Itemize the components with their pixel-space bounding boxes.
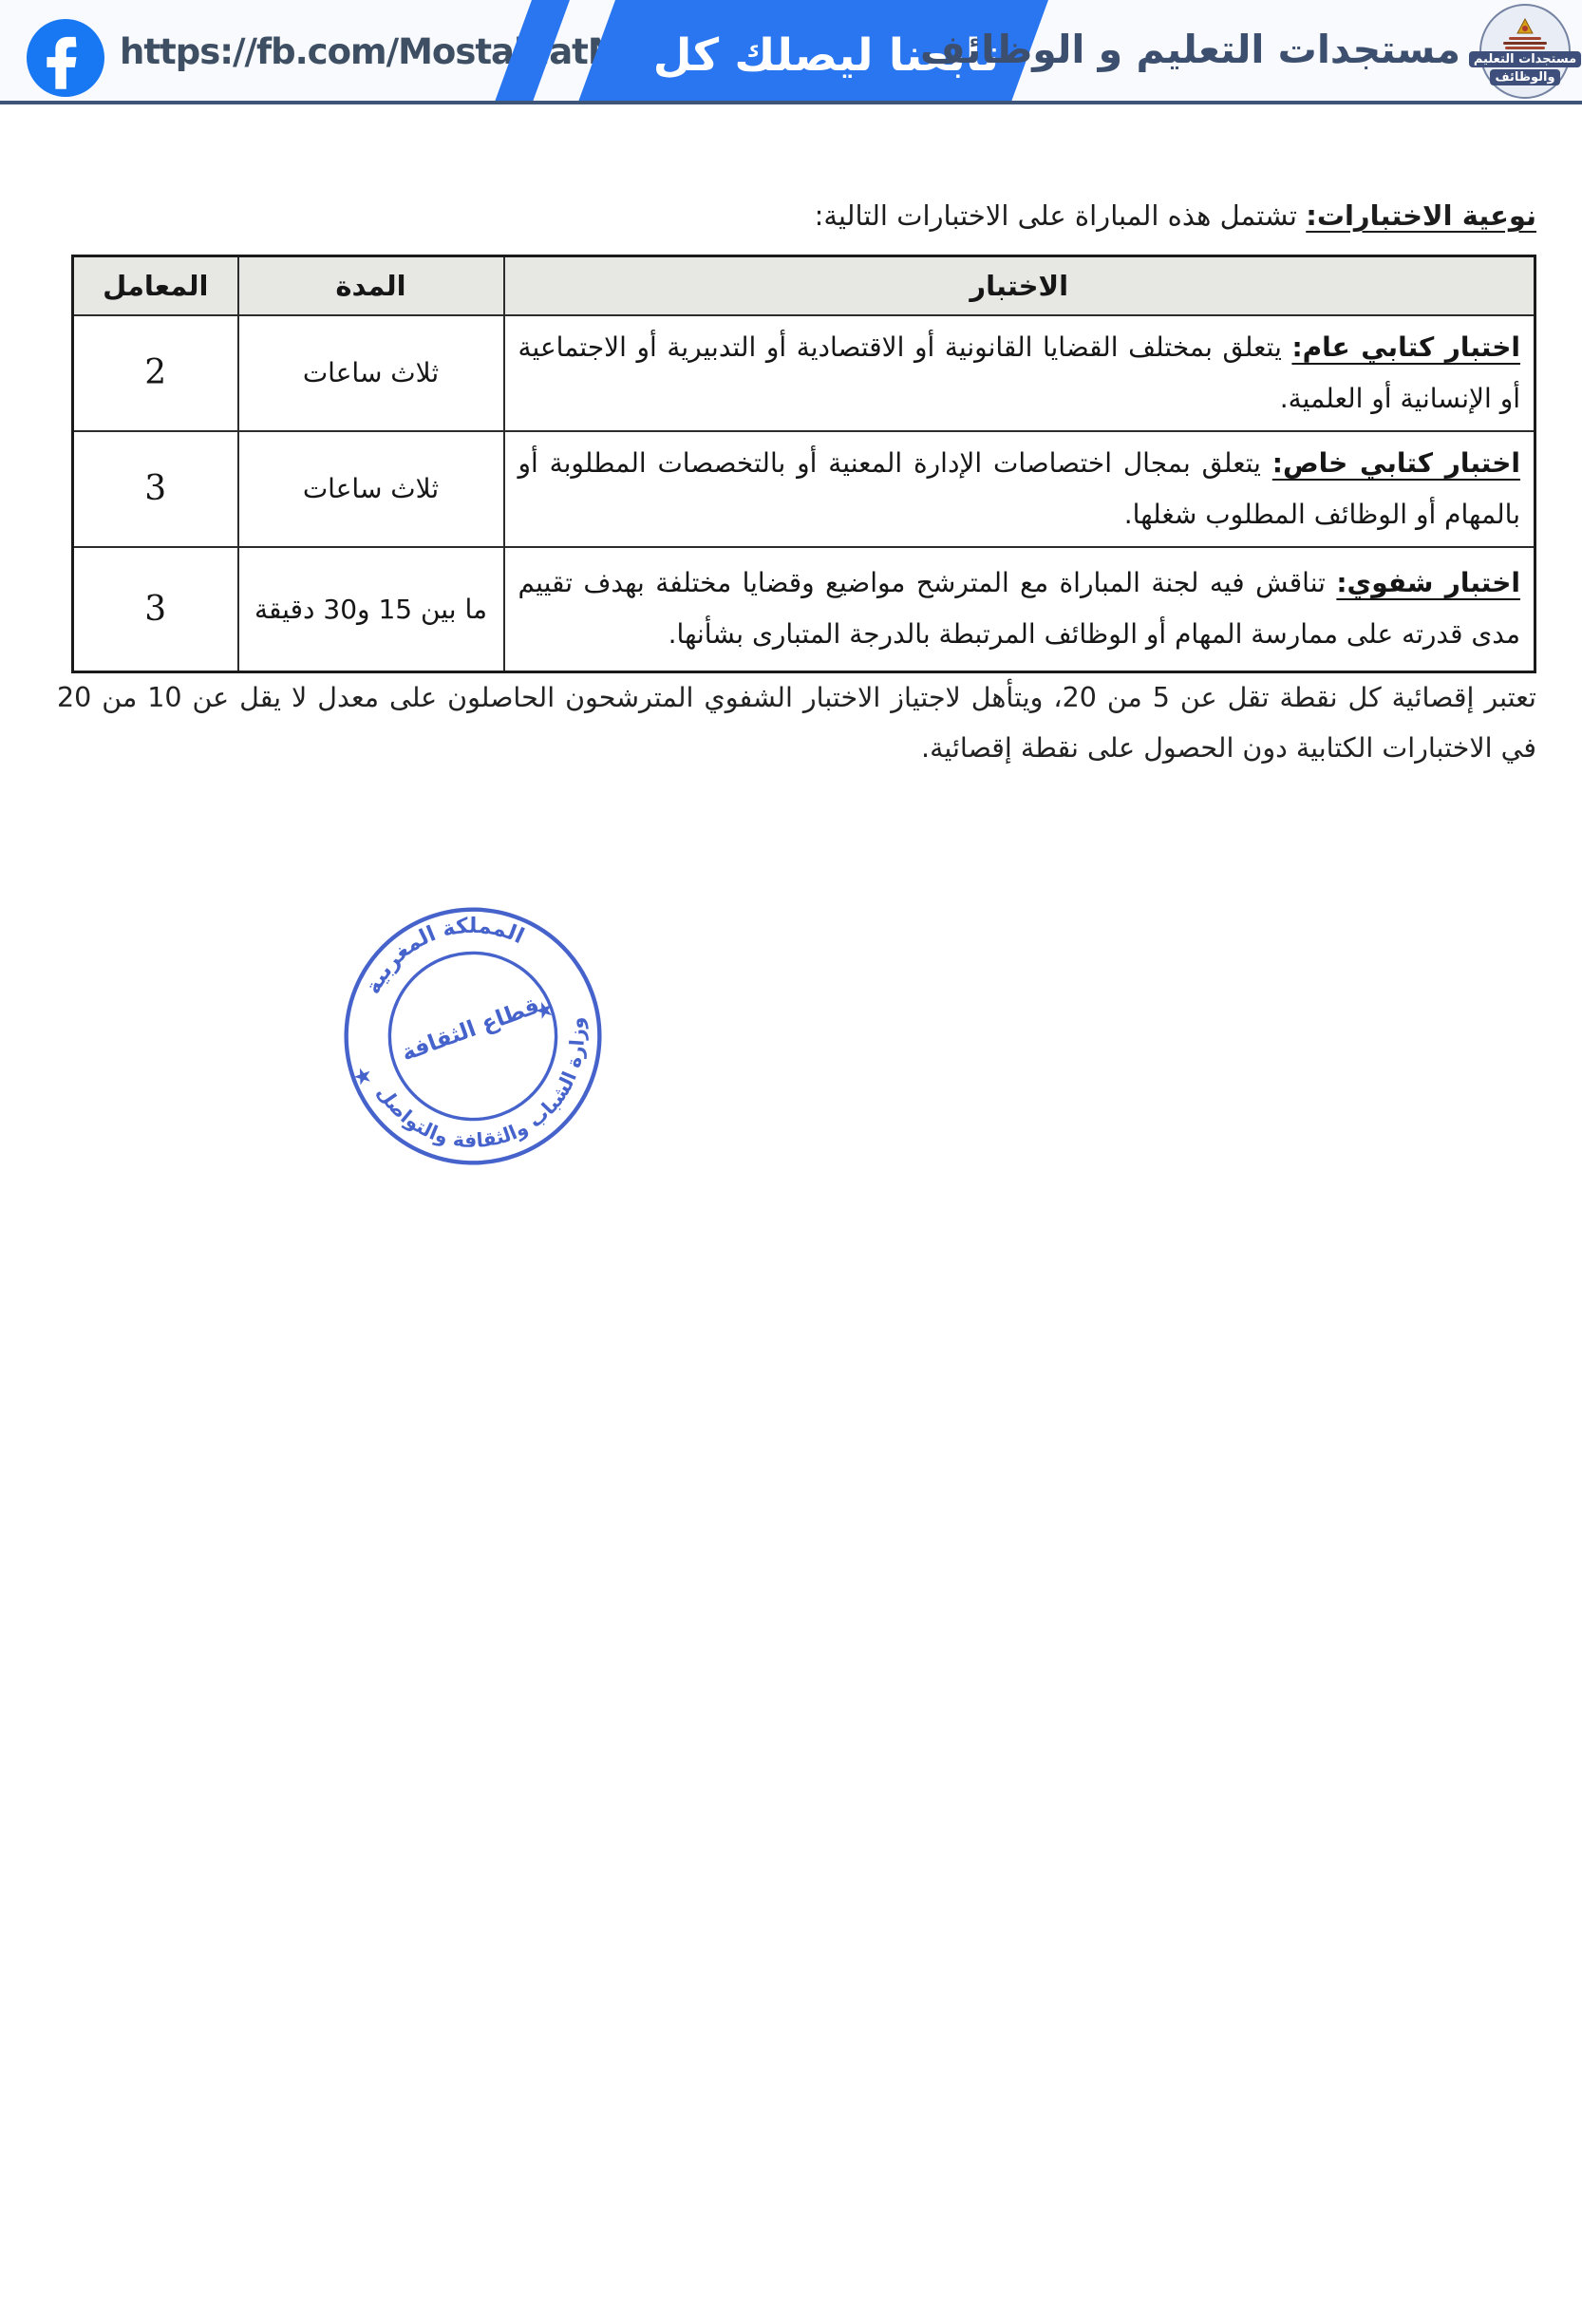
- duration-cell: ما بين 15 و30 دقيقة: [238, 547, 504, 672]
- eliminatory-note: تعتبر إقصائية كل نقطة تقل عن 5 من 20، وي…: [57, 672, 1536, 773]
- stamp-center-text: قطاع الثقافة: [398, 992, 543, 1066]
- logo-microtext-line: [1503, 42, 1547, 45]
- official-stamp: المملكة المغربية وزارة الشباب والثقافة و…: [295, 859, 650, 1214]
- table-row: اختبار كتابي عام: يتعلق بمختلف القضايا ا…: [73, 315, 1535, 431]
- table-row: اختبار كتابي خاص: يتعلق بمجال اختصاصات ا…: [73, 431, 1535, 547]
- exams-table: الاختبار المدة المعامل اختبار كتابي عام:…: [71, 255, 1536, 673]
- table-header-row: الاختبار المدة المعامل: [73, 256, 1535, 315]
- stamp-top-text: المملكة المغربية: [348, 891, 534, 1004]
- page-title: مستجدات التعليم و الوظائف: [920, 0, 1460, 104]
- coefficient-cell: 3: [73, 431, 238, 547]
- column-header-duration: المدة: [238, 256, 504, 315]
- page: https://fb.com/MostajdatMaroc تابعنا ليص…: [0, 0, 1582, 2324]
- svg-text:المملكة المغربية: المملكة المغربية: [348, 891, 534, 1004]
- header-banner: https://fb.com/MostajdatMaroc تابعنا ليص…: [0, 0, 1582, 104]
- facebook-f-icon: [27, 19, 104, 97]
- brand-logo: مستجدات التعليم والوظائف: [1479, 4, 1571, 99]
- exam-description-cell: اختبار كتابي خاص: يتعلق بمجال اختصاصات ا…: [504, 431, 1535, 547]
- exam-description-cell: اختبار شفوي: تناقش فيه لجنة المباراة مع …: [504, 547, 1535, 672]
- logo-label-line2: والوظائف: [1490, 69, 1559, 85]
- exam-name: اختبار شفوي:: [1336, 567, 1520, 598]
- intro-text: تشتمل هذه المباراة على الاختبارات التالي…: [815, 199, 1307, 232]
- coefficient-cell: 3: [73, 547, 238, 672]
- logo-label-line1: مستجدات التعليم: [1469, 51, 1581, 67]
- intro-heading: نوعية الاختبارات:: [1306, 199, 1536, 232]
- exam-name: اختبار كتابي خاص:: [1272, 447, 1520, 479]
- column-header-coefficient: المعامل: [73, 256, 238, 315]
- stamp-star-left: ★: [348, 1060, 376, 1091]
- column-header-exam: الاختبار: [504, 256, 1535, 315]
- intro-line: نوعية الاختبارات: تشتمل هذه المباراة على…: [815, 199, 1536, 232]
- header-divider-line: [0, 101, 1582, 104]
- table-row: اختبار شفوي: تناقش فيه لجنة المباراة مع …: [73, 547, 1535, 672]
- exam-description-cell: اختبار كتابي عام: يتعلق بمختلف القضايا ا…: [504, 315, 1535, 431]
- logo-microtext-line: [1505, 47, 1545, 49]
- duration-cell: ثلاث ساعات: [238, 431, 504, 547]
- duration-cell: ثلاث ساعات: [238, 315, 504, 431]
- stamp-seal-icon: المملكة المغربية وزارة الشباب والثقافة و…: [295, 859, 650, 1214]
- coefficient-cell: 2: [73, 315, 238, 431]
- logo-microtext-line: [1509, 37, 1541, 40]
- coat-of-arms-icon: [1516, 18, 1535, 35]
- exam-name: اختبار كتابي عام:: [1291, 331, 1520, 363]
